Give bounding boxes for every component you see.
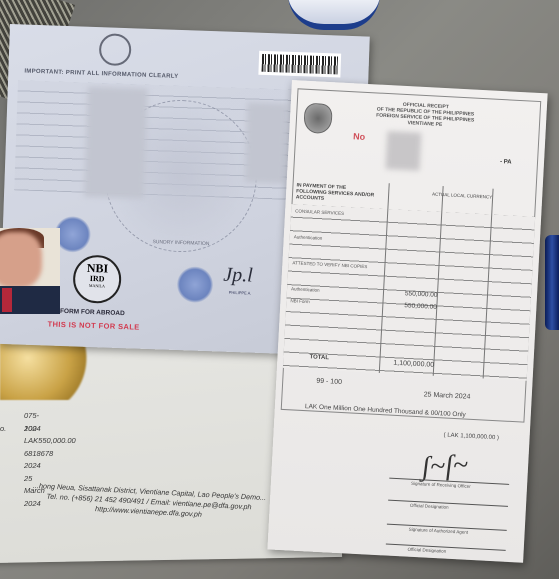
field-value: LAK550,000.00	[24, 435, 76, 448]
table-row: NBI Form	[290, 298, 310, 304]
barcode	[258, 51, 341, 78]
receipt-table: IN PAYMENT OF THE FOLLOWING SERVICES AND…	[283, 178, 537, 381]
nbi-ird-stamp: NBI IRD MANILA	[72, 254, 122, 304]
not-for-sale-label: THIS IS NOT FOR SALE	[47, 319, 139, 331]
photo-face-blurred	[0, 232, 42, 288]
receipt-number-label: No	[353, 131, 366, 142]
photo-tie	[2, 288, 12, 312]
field-value: 6818678	[24, 448, 53, 461]
water-bottle	[288, 0, 380, 30]
nbi-seal-icon	[99, 33, 132, 66]
pen	[545, 235, 559, 330]
id-photo	[0, 228, 60, 314]
serial-number: 99 - 100	[316, 378, 342, 386]
table-header: IN PAYMENT OF THE FOLLOWING SERVICES AND…	[296, 182, 377, 204]
signature: Jp.l	[223, 264, 253, 288]
signature-label: Official Designation	[410, 503, 449, 510]
total-label: TOTAL	[309, 354, 329, 361]
field-value: 2024	[24, 460, 41, 473]
amount-header: ACTUAL LOCAL CURRENCY	[392, 189, 532, 201]
form-type-label: FORM FOR ABROAD	[60, 308, 125, 317]
signatory-caption: PHILIPPE A.	[229, 290, 252, 296]
blue-stamp-icon	[176, 266, 213, 303]
redacted-area	[245, 102, 288, 183]
receiving-officer-signature: ʃ~ſ~	[421, 449, 469, 483]
redacted-receipt-number	[385, 131, 421, 171]
signature-label: Official Designation	[407, 547, 446, 554]
field-value: 100	[24, 423, 37, 436]
form-header: IMPORTANT: PRINT ALL INFORMATION CLEARLY	[24, 69, 178, 80]
official-receipt: OFFICIAL RECEIPT OF THE REPUBLIC OF THE …	[267, 80, 547, 563]
amount-in-figures: ( LAK 1,100,000.00 )	[443, 432, 499, 441]
stamp-line3: MANILA	[75, 282, 119, 289]
receipt-suffix: - PA	[500, 159, 512, 166]
redacted-area	[84, 87, 148, 199]
